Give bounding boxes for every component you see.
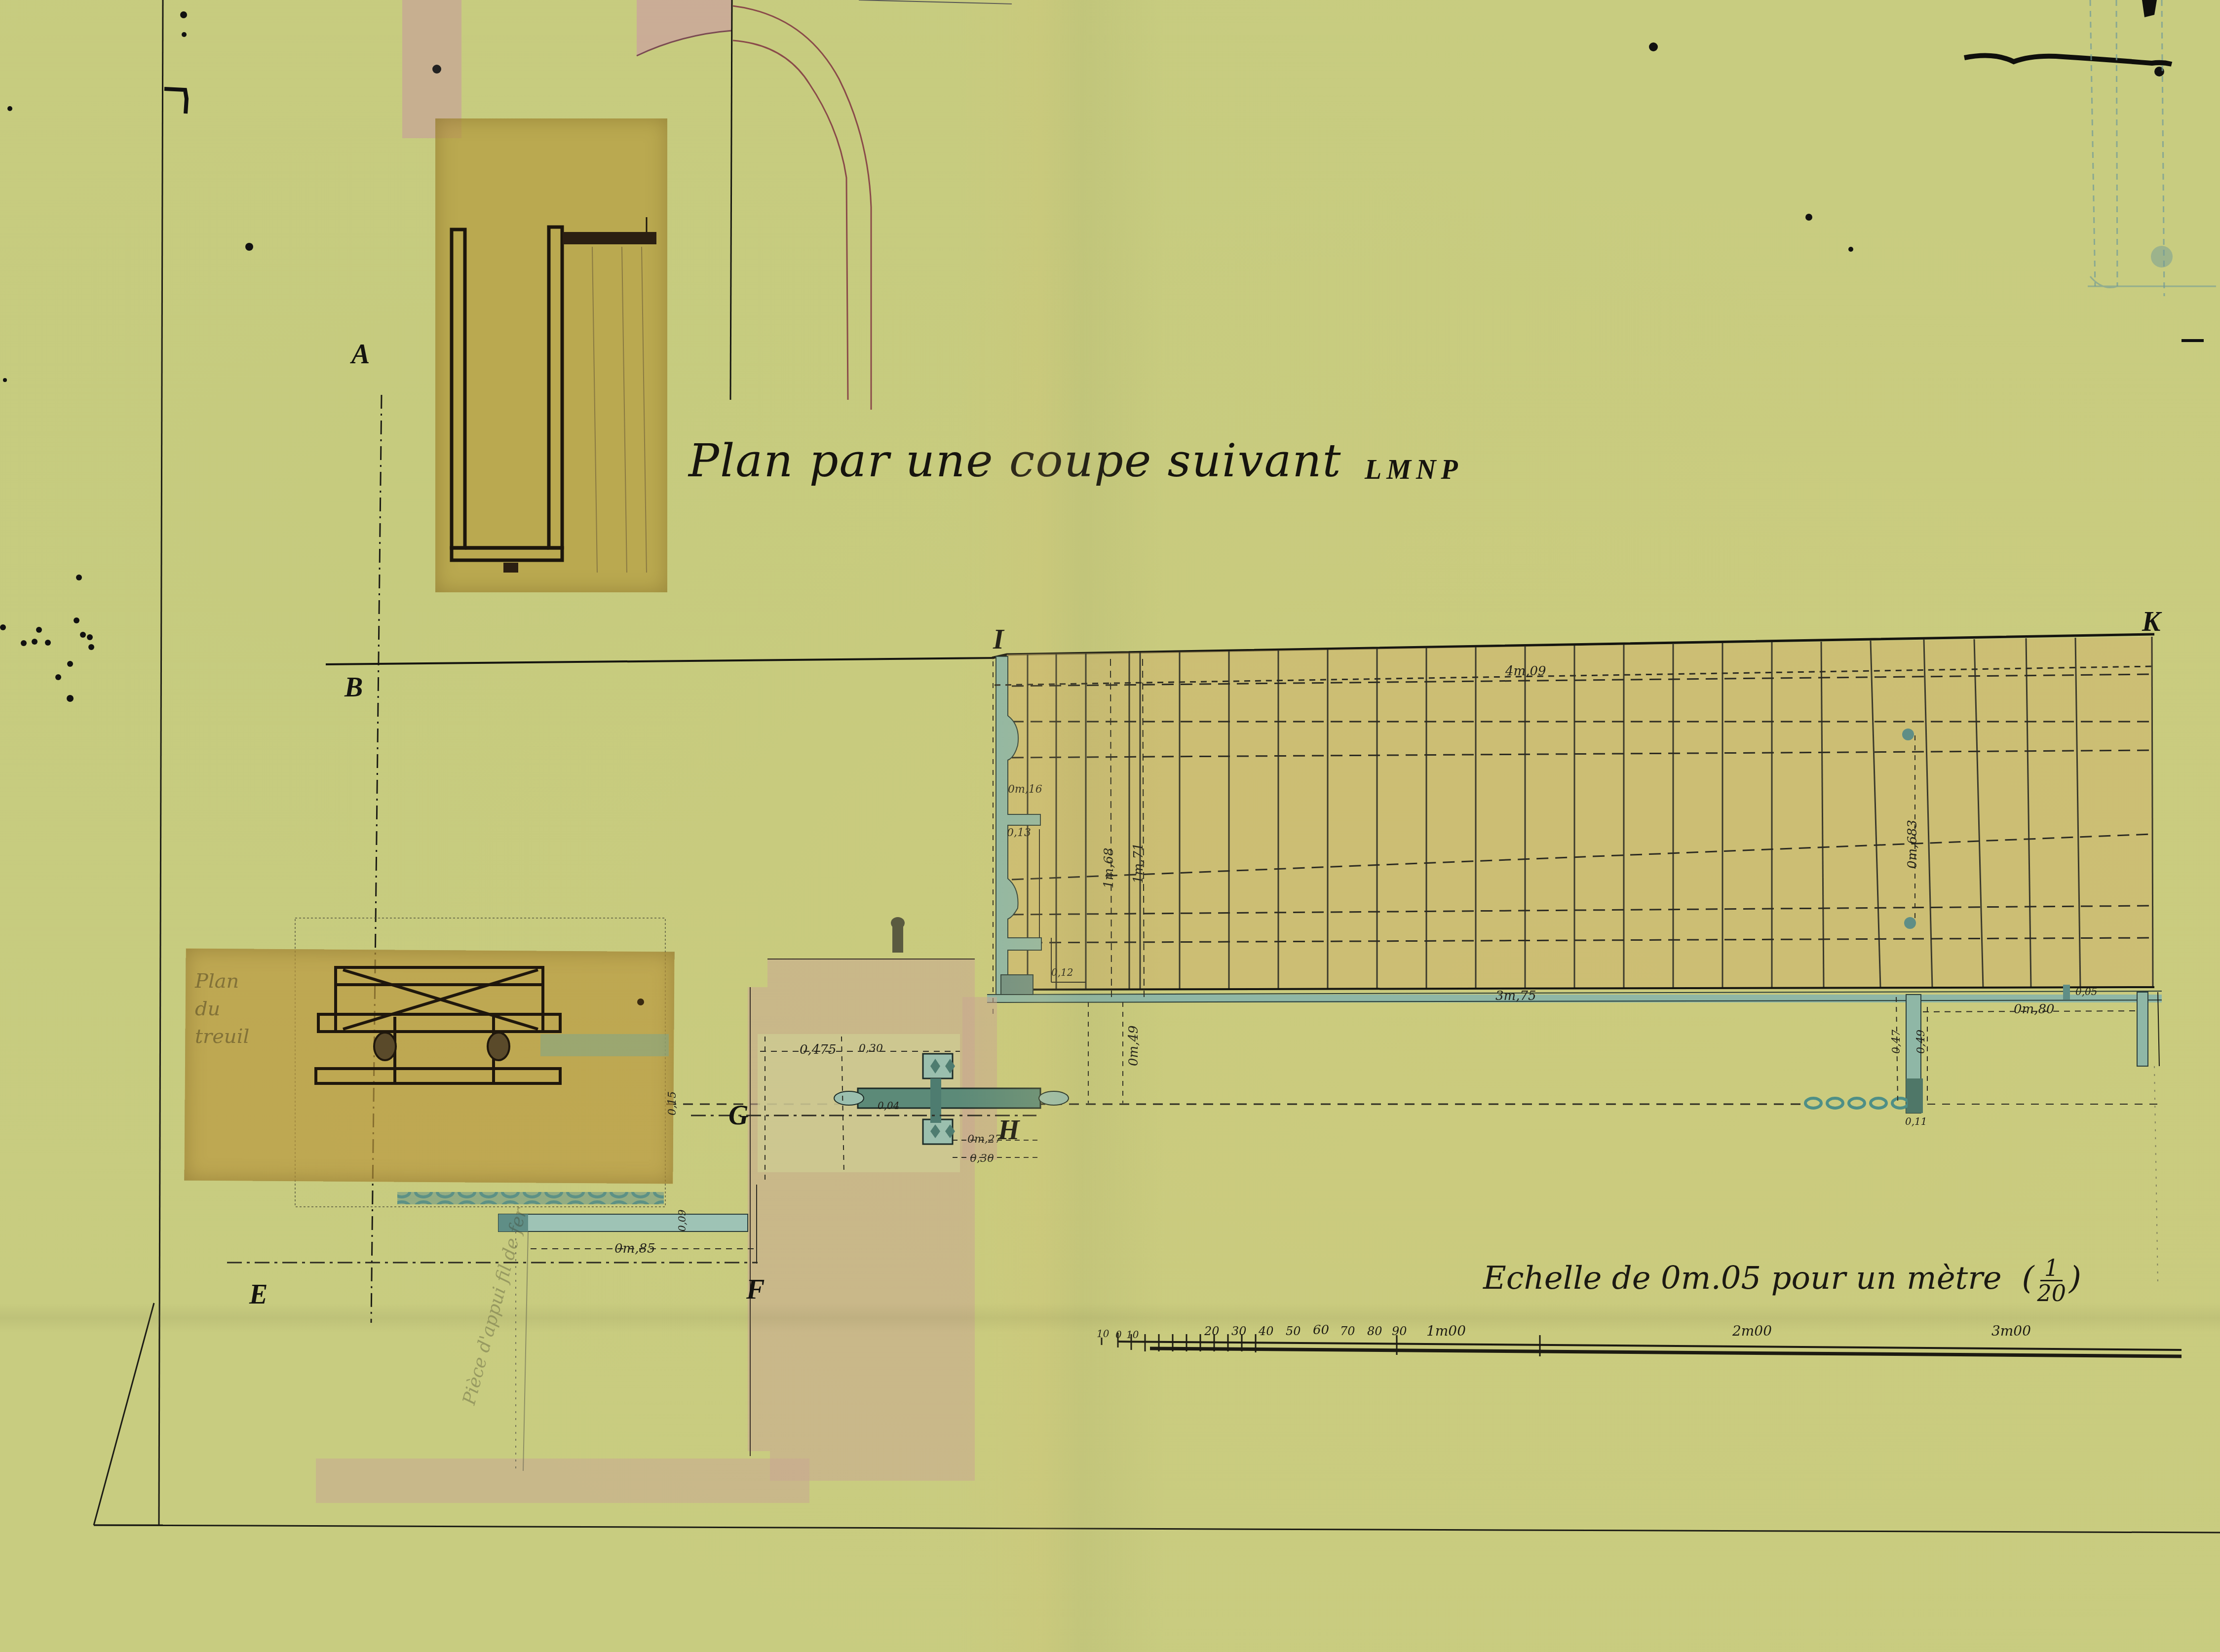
- drawing-sheet: Plan du treuil Pièce d'appui fil de fer …: [0, 0, 2220, 1652]
- dim-left-pier: 0,15: [666, 1091, 679, 1115]
- dim-bar-spacing: 0m,683: [1905, 820, 1920, 869]
- dim-grating-length: 4m,09: [1505, 664, 1546, 679]
- point-label-g: G: [728, 1102, 748, 1129]
- point-label-k: K: [2142, 608, 2160, 636]
- scale-fraction-denominator: 20: [2037, 1281, 2066, 1305]
- dim-drop-right-b: 0,49: [1915, 1030, 1927, 1054]
- dim-right-end: 0,05: [2075, 986, 2098, 998]
- dim-gh-span-left: 0,475: [800, 1042, 836, 1057]
- winch-overlay-note: Plan du treuil: [195, 967, 269, 1050]
- point-label-b: B: [344, 674, 363, 701]
- dim-gh-span-right: 0,30: [859, 1042, 883, 1055]
- point-label-f: F: [746, 1276, 765, 1304]
- dim-drop-right-a: 0,47: [1890, 1030, 1903, 1054]
- dim-gh-bolt: 0,04: [878, 1100, 900, 1112]
- section-detail-overlay: [435, 118, 667, 592]
- point-label-a: A: [351, 341, 370, 368]
- dim-ring: 0,11: [1905, 1115, 1927, 1127]
- dim-bottom-rail: 3m,75: [1495, 989, 1536, 1003]
- paper-fold-horizontal: [0, 1303, 2220, 1333]
- dim-ef-span: 0m,85: [614, 1241, 655, 1256]
- section-code: LMNP: [1365, 454, 1463, 486]
- dim-ef-strap: 0,09: [676, 1209, 688, 1231]
- paper-fold: [957, 0, 1165, 1652]
- scale-fraction-numerator: 1: [2040, 1256, 2063, 1281]
- scale-caption-text: Echelle de 0m.05 pour un mètre: [1483, 1260, 2002, 1297]
- scale-caption: Echelle de 0m.05 pour un mètre (120): [1483, 1256, 2081, 1306]
- scale-fraction: 120: [2037, 1256, 2066, 1306]
- dim-right-span: 0m,80: [2014, 1002, 2055, 1017]
